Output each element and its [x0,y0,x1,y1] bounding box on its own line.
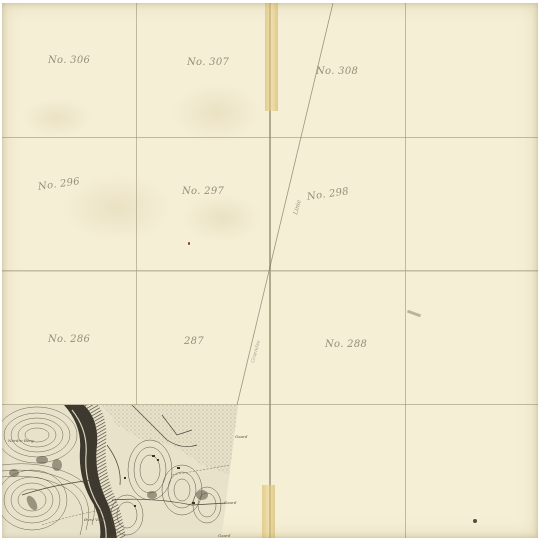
cell-label-286: No. 286 [48,334,90,345]
cell-label-297: No. 297 [182,186,224,197]
cell-label-306: No. 306 [48,55,90,66]
place-label-edge: Gaard [235,434,247,439]
topographic-map-area: Nordre Berg Øvre Vold [2,405,238,538]
ink-spot [188,242,190,245]
svg-text:Linie: Linie [292,199,303,217]
place-label-edge: Gaard [224,500,236,505]
cell-label-287: 287 [184,336,204,347]
place-label-edge: Gaard [218,533,230,538]
map-sheet: Linie Grændse No. 306 No. 307 No. 308 No… [2,3,538,538]
topographic-engraving [2,405,238,538]
place-label: Øvre Vold [84,517,104,522]
cell-label-307: No. 307 [187,57,229,68]
cell-label-288: No. 288 [325,339,367,350]
cell-label-308: No. 308 [316,66,358,77]
place-label: Nordre Berg [8,438,34,443]
ink-spot [473,519,477,523]
